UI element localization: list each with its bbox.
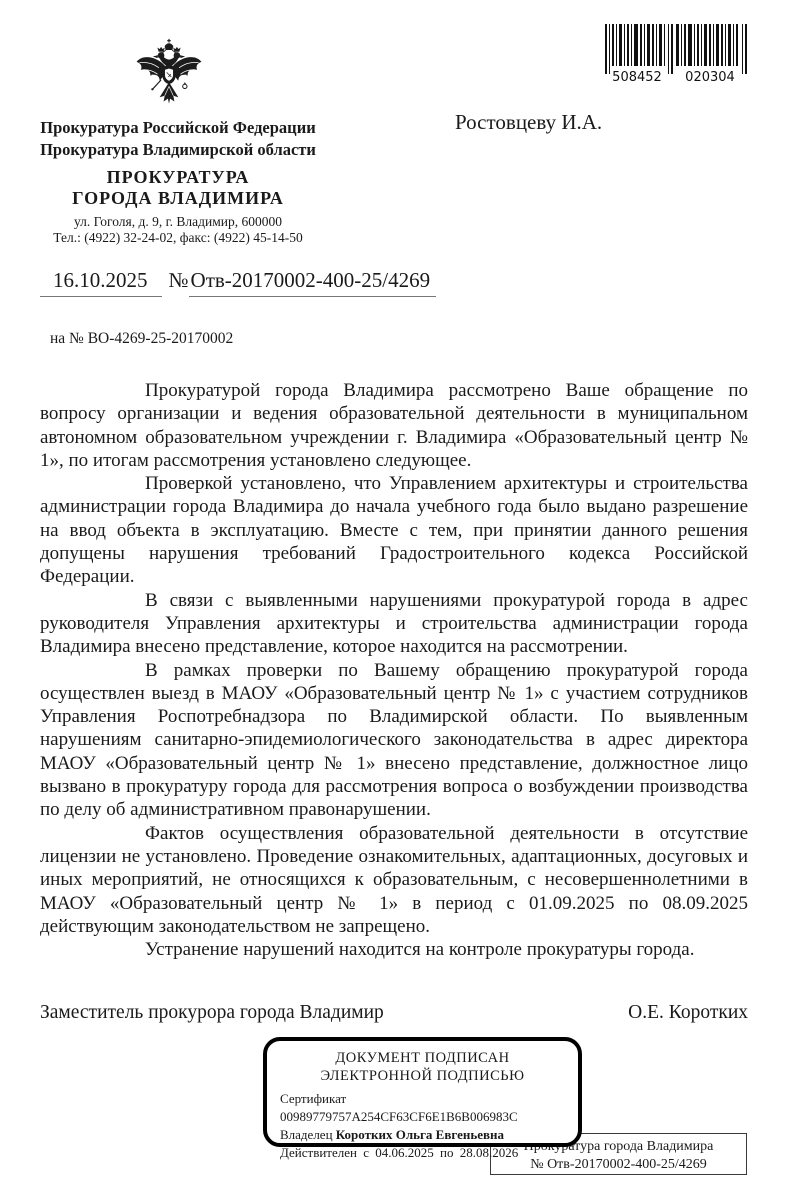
certificate-value: 00989779757A254CF63CF6E1B6B006983C — [280, 1109, 518, 1124]
barcode-digits-right: 020304 — [685, 70, 735, 84]
esignature-owner-line: Владелец Коротких Ольга Евгеньевна — [280, 1126, 578, 1144]
signer-name: О.Е. Коротких — [628, 1002, 748, 1024]
letterhead: Прокуратура Российской Федерации Прокура… — [25, 117, 331, 246]
barcode-bars — [605, 24, 747, 74]
signer-position: Заместитель прокурора города Владимир — [40, 1002, 384, 1024]
body-paragraph: Устранение нарушений находится на контро… — [40, 938, 748, 961]
org-name-line2: Прокуратура Владимирской области — [25, 139, 331, 161]
document-number: Отв-20170002-400-25/4269 — [189, 268, 437, 297]
document-page: Прокуратура Российской Федерации Прокура… — [0, 0, 789, 1200]
esignature-title-line2: ЭЛЕКТРОННОЙ ПОДПИСЬЮ — [267, 1068, 578, 1086]
barcode: 508452 020304 — [603, 24, 753, 84]
signature-row: Заместитель прокурора города Владимир О.… — [40, 1002, 748, 1024]
body-paragraph: Прокуратурой города Владимира рассмотрен… — [40, 379, 748, 472]
esignature-validity-line: Действителен с 04.06.2025 по 28.08.2026 — [280, 1144, 578, 1162]
office-name-line2: ГОРОДА ВЛАДИМИРА — [25, 188, 331, 209]
body-paragraph: В связи с выявленными нарушениями прокур… — [40, 589, 748, 659]
office-address: ул. Гоголя, д. 9, г. Владимир, 600000 — [25, 214, 331, 230]
esignature-stamp: ДОКУМЕНТ ПОДПИСАН ЭЛЕКТРОННОЙ ПОДПИСЬЮ С… — [263, 1037, 582, 1147]
letter-body: Прокуратурой города Владимира рассмотрен… — [40, 379, 748, 961]
body-paragraph: В рамках проверки по Вашему обращению пр… — [40, 659, 748, 822]
in-reply-to-line: на № ВО-4269-25-20170002 — [50, 330, 233, 348]
body-paragraph: Проверкой установлено, что Управлением а… — [40, 472, 748, 588]
owner-label: Владелец — [280, 1127, 333, 1142]
russia-coat-of-arms-icon — [133, 36, 205, 108]
barcode-digits-left: 508452 — [612, 70, 662, 84]
reference-line: 16.10.2025№Отв-20170002-400-25/4269 — [40, 268, 436, 297]
esignature-title-line1: ДОКУМЕНТ ПОДПИСАН — [267, 1050, 578, 1068]
addressee: Ростовцеву И.А. — [455, 110, 602, 135]
number-sign: № — [169, 268, 189, 292]
esignature-stamp-title: ДОКУМЕНТ ПОДПИСАН ЭЛЕКТРОННОЙ ПОДПИСЬЮ — [267, 1050, 578, 1085]
org-name-line1: Прокуратура Российской Федерации — [25, 117, 331, 139]
owner-name: Коротких Ольга Евгеньевна — [336, 1127, 504, 1142]
office-phone: Тел.: (4922) 32-24-02, факс: (4922) 45-1… — [25, 230, 331, 246]
document-date: 16.10.2025 — [40, 268, 162, 297]
office-name-line1: ПРОКУРАТУРА — [25, 167, 331, 188]
esignature-certificate-line: Сертификат 00989779757A254CF63CF6E1B6B00… — [280, 1090, 578, 1126]
esignature-stamp-details: Сертификат 00989779757A254CF63CF6E1B6B00… — [280, 1090, 578, 1162]
certificate-label: Сертификат — [280, 1091, 346, 1106]
body-paragraph: Фактов осуществления образовательной дея… — [40, 822, 748, 938]
